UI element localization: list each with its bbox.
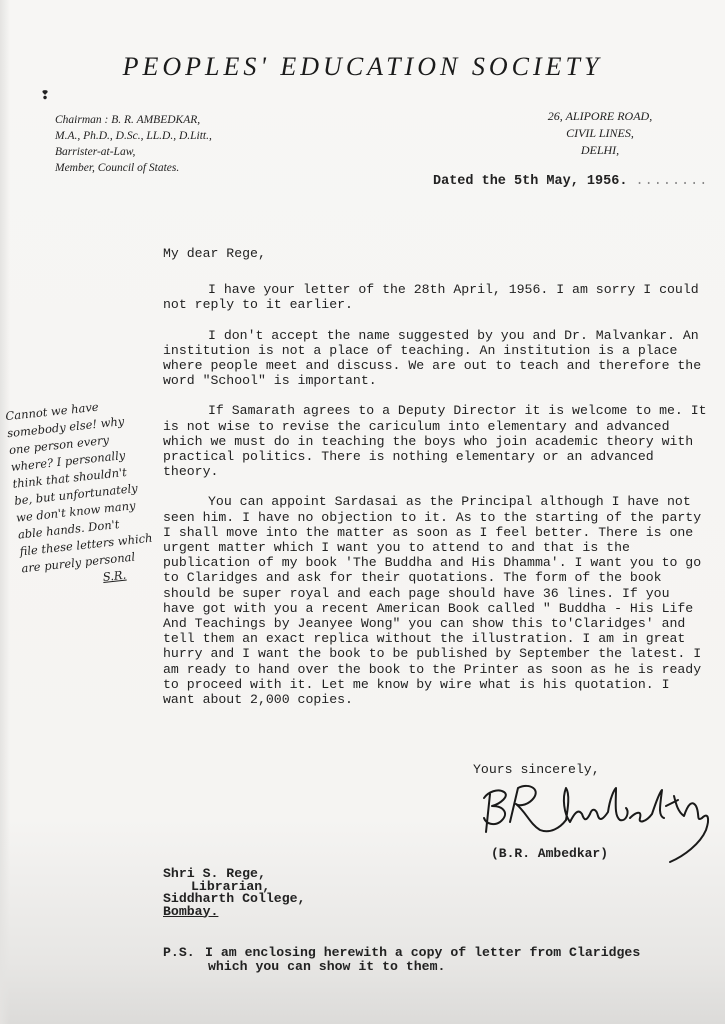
- chairman-line: M.A., Ph.D., D.Sc., LL.D., D.Litt.,: [55, 128, 212, 144]
- handwritten-margin-note: Cannot we have somebody else! why one pe…: [5, 393, 174, 595]
- body-paragraph: If Samarath agrees to a Deputy Director …: [163, 403, 708, 479]
- postscript-line: I am enclosing herewith a copy of letter…: [205, 945, 640, 960]
- chairman-block: Chairman : B. R. AMBEDKAR, M.A., Ph.D., …: [55, 112, 212, 176]
- postscript-line: which you can show it to them.: [163, 960, 640, 974]
- body-paragraph: I have your letter of the 28th April, 19…: [163, 282, 708, 312]
- closing: Yours sincerely,: [473, 762, 600, 777]
- postscript-label: P.S.: [163, 946, 205, 960]
- date-dotted-trail: ........: [636, 174, 709, 189]
- letter-date: Dated the 5th May, 1956. ........: [433, 174, 708, 189]
- recipient-line: Bombay.: [163, 906, 305, 919]
- ink-mark: ❢: [40, 88, 50, 103]
- organization-title: PEOPLES' EDUCATION SOCIETY: [0, 52, 725, 82]
- address-line: CIVIL LINES,: [520, 125, 680, 142]
- sender-address-block: 26, ALIPORE ROAD, CIVIL LINES, DELHI,: [520, 108, 680, 159]
- typed-signatory-name: (B.R. Ambedkar): [491, 846, 608, 861]
- recipient-address: Shri S. Rege, Librarian, Siddharth Colle…: [163, 868, 305, 918]
- chairman-line: Member, Council of States.: [55, 160, 212, 176]
- date-text: Dated the 5th May, 1956.: [433, 174, 627, 189]
- letter-body: My dear Rege, I have your letter of the …: [163, 246, 708, 722]
- address-line: DELHI,: [520, 142, 680, 159]
- chairman-line: Chairman : B. R. AMBEDKAR,: [55, 112, 212, 128]
- letter-page: PEOPLES' EDUCATION SOCIETY ❢ Chairman : …: [0, 0, 725, 1024]
- chairman-line: Barrister-at-Law,: [55, 144, 212, 160]
- body-paragraph: You can appoint Sardasai as the Principa…: [163, 494, 708, 707]
- body-paragraph: I don't accept the name suggested by you…: [163, 328, 708, 389]
- postscript: P.S.I am enclosing herewith a copy of le…: [163, 946, 640, 974]
- salutation: My dear Rege,: [163, 246, 708, 261]
- page-edge-shadow: [0, 0, 10, 1024]
- address-line: 26, ALIPORE ROAD,: [520, 108, 680, 125]
